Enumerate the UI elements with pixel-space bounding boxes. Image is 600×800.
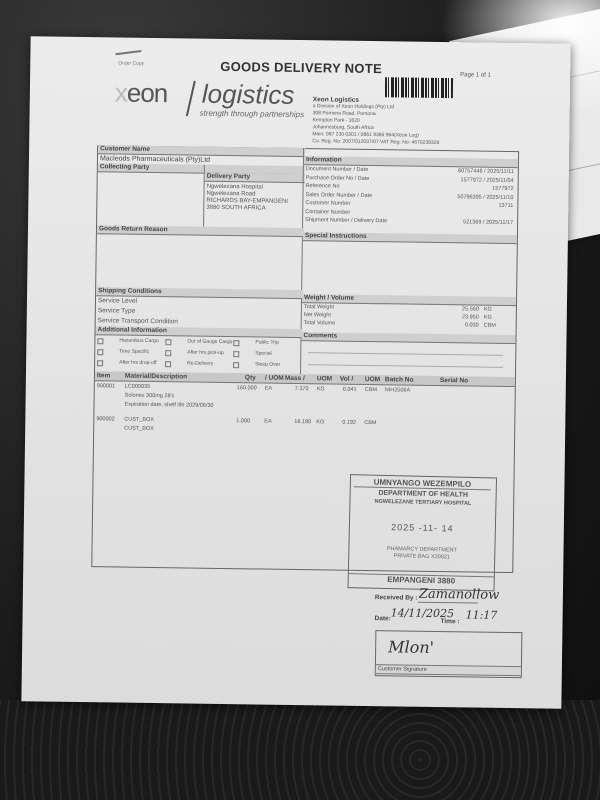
information-value: 13711 — [498, 203, 513, 209]
customer-signature-label: Customer Signature — [376, 664, 521, 676]
checkbox[interactable] — [233, 340, 239, 346]
delivery-party-header: Delivery Party — [205, 173, 305, 183]
mass: 7.370 — [295, 386, 309, 392]
column-header: Qty — [245, 374, 256, 381]
volume: 0.041 — [343, 387, 357, 393]
checkbox-label: Time Specific — [119, 349, 149, 355]
quantity: 160.000 — [237, 385, 257, 391]
column-header: UOM — [365, 376, 380, 383]
material-description: CUST_BOX — [124, 426, 154, 432]
column-header: Vol / — [340, 376, 353, 383]
received-by-label: Received By : — [375, 594, 418, 602]
material-code: CUST_BOX — [124, 417, 154, 423]
delivery-party-line: 3880 SOUTH AFRICA — [206, 205, 288, 213]
item-number: 900002 — [96, 416, 114, 422]
weight-volume-value: 0.030 — [439, 322, 479, 329]
information-value: 80757446 / 2025/11/11 — [458, 168, 514, 175]
logo-brand-xeon: xeon — [115, 77, 168, 109]
signature-mark: Mlon' — [388, 637, 434, 657]
information-value: 50796395 / 2025/11/10 — [457, 194, 513, 201]
copy-label: Order Copy — [118, 60, 144, 66]
checkbox-label: Sleep Over — [255, 361, 280, 367]
barcode-icon — [385, 77, 453, 98]
weight-volume-value: 23.950 — [439, 314, 479, 321]
material-description: Expiration date, shelf life 2029/06/30 — [124, 402, 213, 409]
column-header: Mass / — [285, 375, 305, 382]
information-label: Sales Order Number / Date — [305, 192, 372, 199]
stamp-date: 2025 -11- 14 — [350, 521, 495, 534]
stamp-line: EMPANGENI 3880 — [349, 573, 494, 586]
information-label: Purchase Order No / Date — [306, 175, 370, 182]
checkbox[interactable] — [97, 338, 103, 344]
quantity-uom: EA — [264, 419, 271, 425]
information-label: Container Number — [305, 209, 350, 216]
column-header: Item — [97, 372, 110, 379]
checkbox[interactable] — [233, 362, 239, 368]
weight-volume-label: Net Weight — [304, 312, 331, 318]
information-label: Reference No — [306, 183, 340, 189]
company-address-block: Xeon Logistics a Division of Xeon Holdin… — [312, 96, 440, 147]
item-number: 900001 — [97, 383, 115, 389]
volume: 0.192 — [342, 420, 356, 426]
quantity: 1.000 — [236, 418, 250, 424]
time-value: 11:17 — [466, 608, 498, 621]
mass: 18.190 — [294, 419, 311, 425]
checkbox-label: Re-Delivery — [187, 360, 213, 366]
checkbox-label: Hazardous Cargo — [119, 338, 158, 345]
pen-mark — [115, 50, 141, 55]
checkbox-label: After hrs drop-off — [119, 360, 157, 367]
column-header: Serial No — [440, 377, 468, 384]
information-table: Document Number / Date80757446 / 2025/11… — [305, 166, 514, 228]
checkbox[interactable] — [233, 351, 239, 357]
received-by-underline — [418, 602, 478, 604]
mass-uom: KG — [316, 419, 324, 425]
checkbox-label: Out of Gauge Cargo — [187, 338, 232, 345]
information-value: 521369 / 2025/11/17 — [463, 219, 513, 226]
weight-volume-label: Total Weight — [304, 304, 334, 310]
stamp-line: UMNYANGO WEZEMPILO — [354, 477, 491, 490]
additional-information-options: Hazardous CargoOut of Gauge CargoPublic … — [95, 336, 300, 372]
checkbox[interactable] — [165, 350, 171, 356]
hospital-stamp: UMNYANGO WEZEMPILO DEPARTMENT OF HEALTH … — [348, 474, 498, 591]
logo-divider — [186, 81, 196, 117]
information-value: 1577972 — [492, 186, 514, 192]
service-type-label: Service Type — [98, 307, 136, 315]
document-title: GOODS DELIVERY NOTE — [220, 59, 382, 76]
delivery-party-address: Ngwelezana Hospital Ngwelezana Road RICH… — [206, 184, 288, 213]
service-level-label: Service Level — [98, 297, 137, 305]
received-by-value: Zamanollow — [419, 587, 500, 603]
information-label: Customer Number — [305, 200, 350, 207]
column-header: UOM — [317, 375, 332, 382]
checkbox-label: Special — [255, 350, 271, 356]
checkbox[interactable] — [97, 360, 103, 366]
checkbox-label: Public Trip — [255, 339, 278, 345]
checkbox-label: After hrs pick-up — [187, 349, 223, 356]
material-description: Solonex 300mg 28's — [125, 393, 175, 400]
weight-volume-table: Total Weight25.560KGNet Weight23.950KGTo… — [304, 304, 512, 331]
stamp-line: NGWELEZANE TERTIARY HOSPITAL — [350, 498, 495, 507]
transport-condition-label: Service Transport Condition — [98, 317, 178, 325]
time-label: Time : — [440, 618, 459, 625]
checkbox[interactable] — [97, 349, 103, 355]
page-indicator: Page 1 of 1 — [460, 72, 491, 78]
checkbox[interactable] — [165, 361, 171, 367]
weight-volume-unit: CBM — [484, 323, 496, 329]
logo-brand-logistics: logistics — [202, 79, 295, 111]
information-value: 1577972 / 2025/11/04 — [461, 177, 514, 184]
information-label: Document Number / Date — [306, 166, 368, 173]
batch-number: NIH2506A — [385, 387, 410, 393]
information-label: Shipment Number / Delivery Date — [305, 217, 387, 224]
column-header: Material/Description — [125, 373, 187, 381]
column-header: Batch No — [385, 376, 414, 383]
weight-volume-label: Total Volume — [304, 320, 336, 326]
material-code: LC000035 — [125, 384, 150, 390]
weight-volume-unit: KG — [484, 315, 492, 321]
volume-uom: CBM — [364, 420, 376, 426]
company-line: Co. Reg. No: 2007/012037/07 VAT Reg. No:… — [312, 138, 439, 147]
column-header: / UOM — [265, 375, 284, 382]
checkbox[interactable] — [165, 339, 171, 345]
logo-tagline: strength through partnerships — [200, 109, 305, 119]
volume-uom: CBM — [365, 387, 377, 393]
weight-volume-value: 25.560 — [439, 306, 479, 313]
mass-uom: KG — [317, 386, 325, 392]
quantity-uom: EA — [265, 386, 272, 392]
weight-volume-unit: KG — [484, 307, 492, 313]
background-seat — [0, 700, 600, 800]
date-label: Date: — [375, 615, 391, 622]
delivery-note-page: Order Copy GOODS DELIVERY NOTE Page 1 of… — [21, 36, 570, 708]
